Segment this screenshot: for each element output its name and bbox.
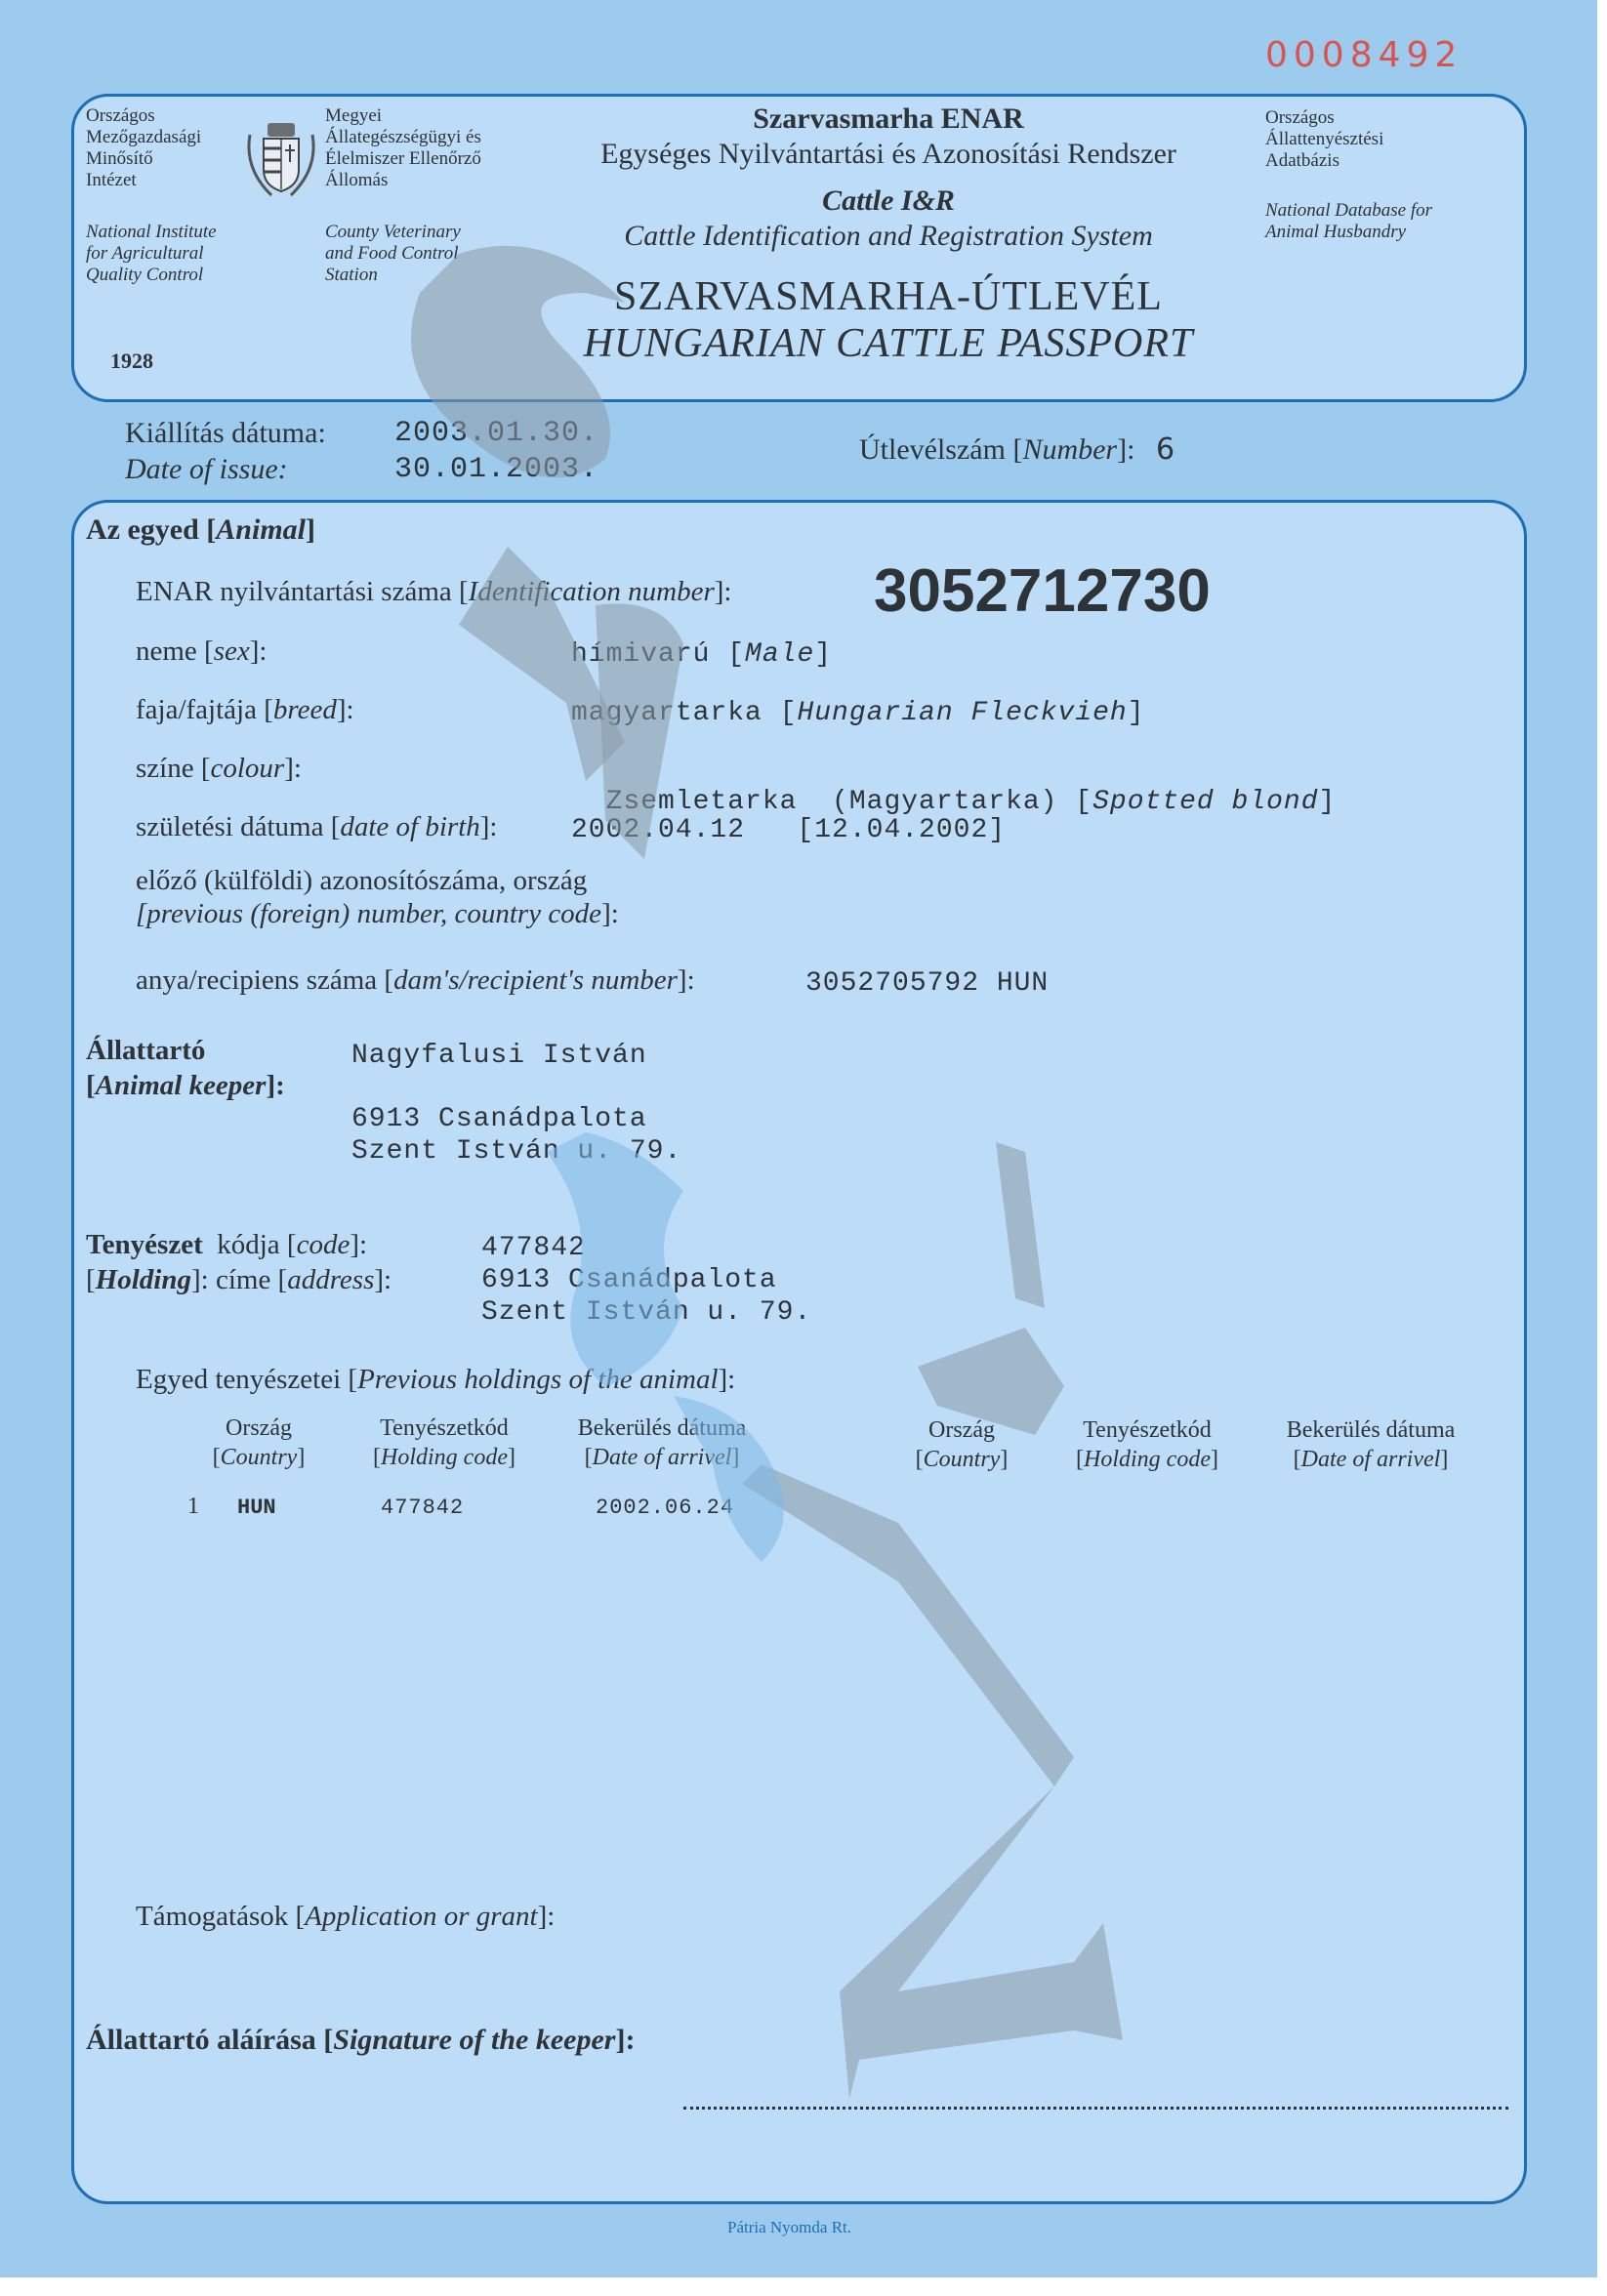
col-header-holding-code: Tenyészetkód [Holding code] [356, 1414, 532, 1472]
right-org-en: National Database for Animal Husbandry [1265, 200, 1432, 243]
label-suffix: ]: [615, 2024, 635, 2056]
county-org-line-en: and Food Control [325, 243, 461, 265]
col-header-arrival-date-2: Bekerülés dátuma [Date of arrivel] [1263, 1415, 1478, 1474]
label-text: ENAR nyilvántartási száma [ [136, 576, 469, 607]
label-suffix: ]: [250, 635, 268, 667]
label-suffix: ]: [601, 898, 619, 929]
dam-number: 3052705792 HUN [805, 968, 1049, 999]
label-en: Signature of the keeper [333, 2024, 615, 2056]
keeper-label: Állattartó [Animal keeper]: [86, 1033, 285, 1103]
label-text: Támogatások [ [136, 1901, 305, 1932]
address-line: 6913 Csanádpalota [481, 1264, 811, 1296]
system-en-title: Cattle I&R [547, 184, 1230, 219]
col-header-en: Holding code [1084, 1447, 1211, 1472]
county-org-line-en: Station [325, 265, 461, 286]
label-suffix: ]: [480, 811, 498, 842]
system-en-subtitle: Cattle Identification and Registration S… [547, 219, 1230, 254]
issue-dates: 2003.01.30. 30.01.2003. [394, 416, 598, 488]
issue-date-label-hu: Kiállítás dátuma: [125, 415, 326, 451]
holding-code: 477842 [481, 1232, 811, 1264]
label-suffix: ]: [284, 753, 302, 784]
label-en: colour [211, 753, 285, 784]
right-org-line-en: Animal Husbandry [1265, 222, 1432, 243]
value-text: magyartarka [ [571, 698, 797, 728]
holding-row-country: HUN [237, 1496, 276, 1520]
section-title-text: Az egyed [ [86, 513, 216, 546]
value-suffix: ] [1128, 698, 1145, 728]
passport-title-hu: SZARVASMARHA-ÚTLEVÉL [547, 273, 1230, 320]
label-en: code [297, 1229, 350, 1260]
system-subtitle: Egységes Nyilvántartási és Azonosítási R… [547, 137, 1230, 172]
col-header-hu: Bekerülés dátuma [555, 1414, 769, 1443]
label-en: dam's/recipient's number [393, 964, 678, 996]
left-org-en: National Institute for Agricultural Qual… [86, 222, 217, 286]
label-text: címe [ [216, 1264, 287, 1295]
col-header-en: Country [924, 1447, 1001, 1472]
label-suffix: ]: [538, 1901, 556, 1932]
value-en: Male [745, 639, 814, 670]
section-title-en: Animal [216, 513, 306, 546]
holding-row-index: 1 [187, 1494, 199, 1520]
system-title-block: Szarvasmarha ENAR Egységes Nyilvántartás… [547, 102, 1230, 367]
value-text: Zsemletarka (Magyartarka) [ [606, 787, 1092, 817]
passport-number-label-en: Number [1022, 433, 1117, 466]
issue-date-labels: Kiállítás dátuma: Date of issue: [125, 415, 326, 487]
colour-label: színe [colour]: [136, 753, 302, 785]
label-suffix: ]: [715, 576, 732, 607]
animal-section-title: Az egyed [Animal] [86, 513, 315, 547]
breed-value: magyartarka [Hungarian Fleckvieh] [571, 698, 1145, 728]
col-header-country: Ország [Country] [200, 1414, 317, 1472]
left-org-line-en: for Agricultural [86, 243, 217, 265]
col-header-country-2: Ország [Country] [903, 1415, 1020, 1474]
col-header-hu: Tenyészetkód [356, 1414, 532, 1443]
county-org-en: County Veterinary and Food Control Stati… [325, 222, 461, 286]
sex-label: neme [sex]: [136, 635, 267, 668]
value-en: Hungarian Fleckvieh [797, 698, 1127, 728]
holding-labels: Tenyészet kódja [code]: [Holding]: címe … [86, 1227, 391, 1297]
passport-title-en: HUNGARIAN CATTLE PASSPORT [547, 320, 1230, 367]
dam-label: anya/recipiens száma [dam's/recipient's … [136, 964, 695, 997]
col-header-hu: Bekerülés dátuma [1263, 1415, 1478, 1445]
holding-label-hu: Tenyészet [86, 1229, 203, 1260]
right-org-line: Állattenyésztési [1265, 129, 1383, 150]
left-org-line-en: National Institute [86, 222, 217, 243]
issue-date-label-en: Date of issue: [125, 451, 326, 487]
col-header-en: Date of arrivel [1301, 1447, 1441, 1472]
keeper-label-hu: Állattartó [86, 1033, 285, 1068]
label-text: születési dátuma [ [136, 811, 340, 842]
holding-row-date: 2002.06.24 [596, 1496, 734, 1520]
value-en: Spotted blond [1092, 787, 1318, 817]
label-text: színe [ [136, 753, 211, 784]
keeper-name: Nagyfalusi István [351, 1041, 647, 1071]
address-line: 6913 Csanádpalota [351, 1103, 681, 1135]
label-suffix: ]: [719, 1364, 736, 1395]
col-header-en: Date of arrivel [593, 1445, 732, 1470]
county-org-line: Megyei [325, 105, 481, 127]
system-title: Szarvasmarha ENAR [547, 102, 1230, 137]
grants-label: Támogatások [Application or grant]: [136, 1901, 555, 1933]
left-org-line: Országos [86, 105, 201, 127]
right-org-line: Adatbázis [1265, 150, 1383, 172]
holding-row-code: 477842 [381, 1496, 464, 1520]
hungarian-coat-of-arms-icon [242, 115, 320, 203]
founding-year: 1928 [110, 348, 153, 374]
label-en: date of birth [340, 811, 479, 842]
label-suffix: ]: [374, 1264, 391, 1295]
col-header-holding-code-2: Tenyészetkód [Holding code] [1059, 1415, 1235, 1474]
breed-label: faja/fajtája [breed]: [136, 694, 354, 726]
county-org-line: Állategészségügyi és [325, 127, 481, 148]
county-org-hu: Megyei Állategészségügyi és Élelmiszer E… [325, 105, 481, 191]
left-org-line: Minősítő [86, 148, 201, 170]
passport-number: 6 [1156, 432, 1174, 467]
label-en: Identification number [469, 576, 715, 607]
previous-number-label: előző (külföldi) azonosítószáma, ország … [136, 864, 619, 930]
issue-date-en: 30.01.2003. [394, 452, 598, 488]
dob-value: 2002.04.12 [12.04.2002] [571, 815, 1006, 845]
address-line: Szent István u. 79. [351, 1135, 681, 1168]
serial-number: 0008492 [1265, 35, 1463, 75]
col-header-arrival-date: Bekerülés dátuma [Date of arrivel] [555, 1414, 769, 1472]
keeper-address: 6913 Csanádpalota Szent István u. 79. [351, 1103, 681, 1168]
passport-number-label: Útlevélszám [ [859, 433, 1022, 466]
signature-line [683, 2107, 1508, 2110]
label-text: faja/fajtája [ [136, 694, 273, 725]
col-header-hu: Ország [903, 1415, 1020, 1445]
holding-label-en: Holding [96, 1264, 191, 1295]
label-text: anya/recipiens száma [ [136, 964, 393, 996]
label-suffix: ]: [678, 964, 695, 996]
col-header-en: Country [221, 1445, 298, 1470]
label-en: Previous holdings of the animal [357, 1364, 718, 1395]
label-text: Egyed tenyészetei [ [136, 1364, 357, 1395]
label-en: breed [273, 694, 337, 725]
dob-label: születési dátuma [date of birth]: [136, 811, 497, 843]
right-org-line: Országos [1265, 107, 1383, 129]
county-org-line: Élelmiszer Ellenőrző [325, 148, 481, 170]
left-org-hu: Országos Mezőgazdasági Minősítő Intézet [86, 105, 201, 191]
id-label: ENAR nyilvántartási száma [Identificatio… [136, 576, 731, 608]
value-suffix: ] [814, 639, 832, 670]
county-org-line-en: County Veterinary [325, 222, 461, 243]
label-en: sex [214, 635, 250, 667]
value-text: hímivarú [ [571, 639, 745, 670]
identification-number: 3052712730 [874, 556, 1211, 626]
label-suffix: ]: [350, 1229, 367, 1260]
label-suffix: ]: [337, 694, 354, 725]
county-org-line: Állomás [325, 170, 481, 191]
label-text: kódja [ [217, 1229, 296, 1260]
label-text: előző (külföldi) azonosítószáma, ország [136, 864, 619, 897]
holding-values: 477842 6913 Csanádpalota Szent István u.… [481, 1232, 811, 1329]
right-org-hu: Országos Állattenyésztési Adatbázis [1265, 107, 1383, 172]
label-suffix: ]: [1117, 433, 1134, 466]
issue-date-hu: 2003.01.30. [394, 416, 598, 452]
colour-value: Zsemletarka (Magyartarka) [Spotted blond… [571, 757, 1336, 817]
previous-holdings-title: Egyed tenyészetei [Previous holdings of … [136, 1364, 735, 1396]
label-en: address [287, 1264, 374, 1295]
label-en: Application or grant [305, 1901, 537, 1932]
left-org-line: Intézet [86, 170, 201, 191]
value-suffix: ] [1319, 787, 1337, 817]
printer-imprint: Pátria Nyomda Rt. [727, 2218, 851, 2237]
address-line: Szent István u. 79. [481, 1296, 811, 1329]
left-org-line: Mezőgazdasági [86, 127, 201, 148]
passport-number-row: Útlevélszám [Number]: 6 [859, 432, 1174, 467]
label-text: neme [ [136, 635, 214, 667]
label-suffix: ] [306, 513, 315, 546]
label-en: [previous (foreign) number, country code [136, 898, 601, 929]
left-org-line-en: Quality Control [86, 265, 217, 286]
col-header-hu: Ország [200, 1414, 317, 1443]
col-header-en: Holding code [381, 1445, 508, 1470]
keeper-label-en: Animal keeper [96, 1070, 267, 1101]
right-org-line-en: National Database for [1265, 200, 1432, 222]
sex-value: hímivarú [Male] [571, 639, 832, 670]
label-text: Állattartó aláírása [ [86, 2024, 333, 2056]
col-header-hu: Tenyészetkód [1059, 1415, 1235, 1445]
signature-label: Állattartó aláírása [Signature of the ke… [86, 2024, 635, 2057]
